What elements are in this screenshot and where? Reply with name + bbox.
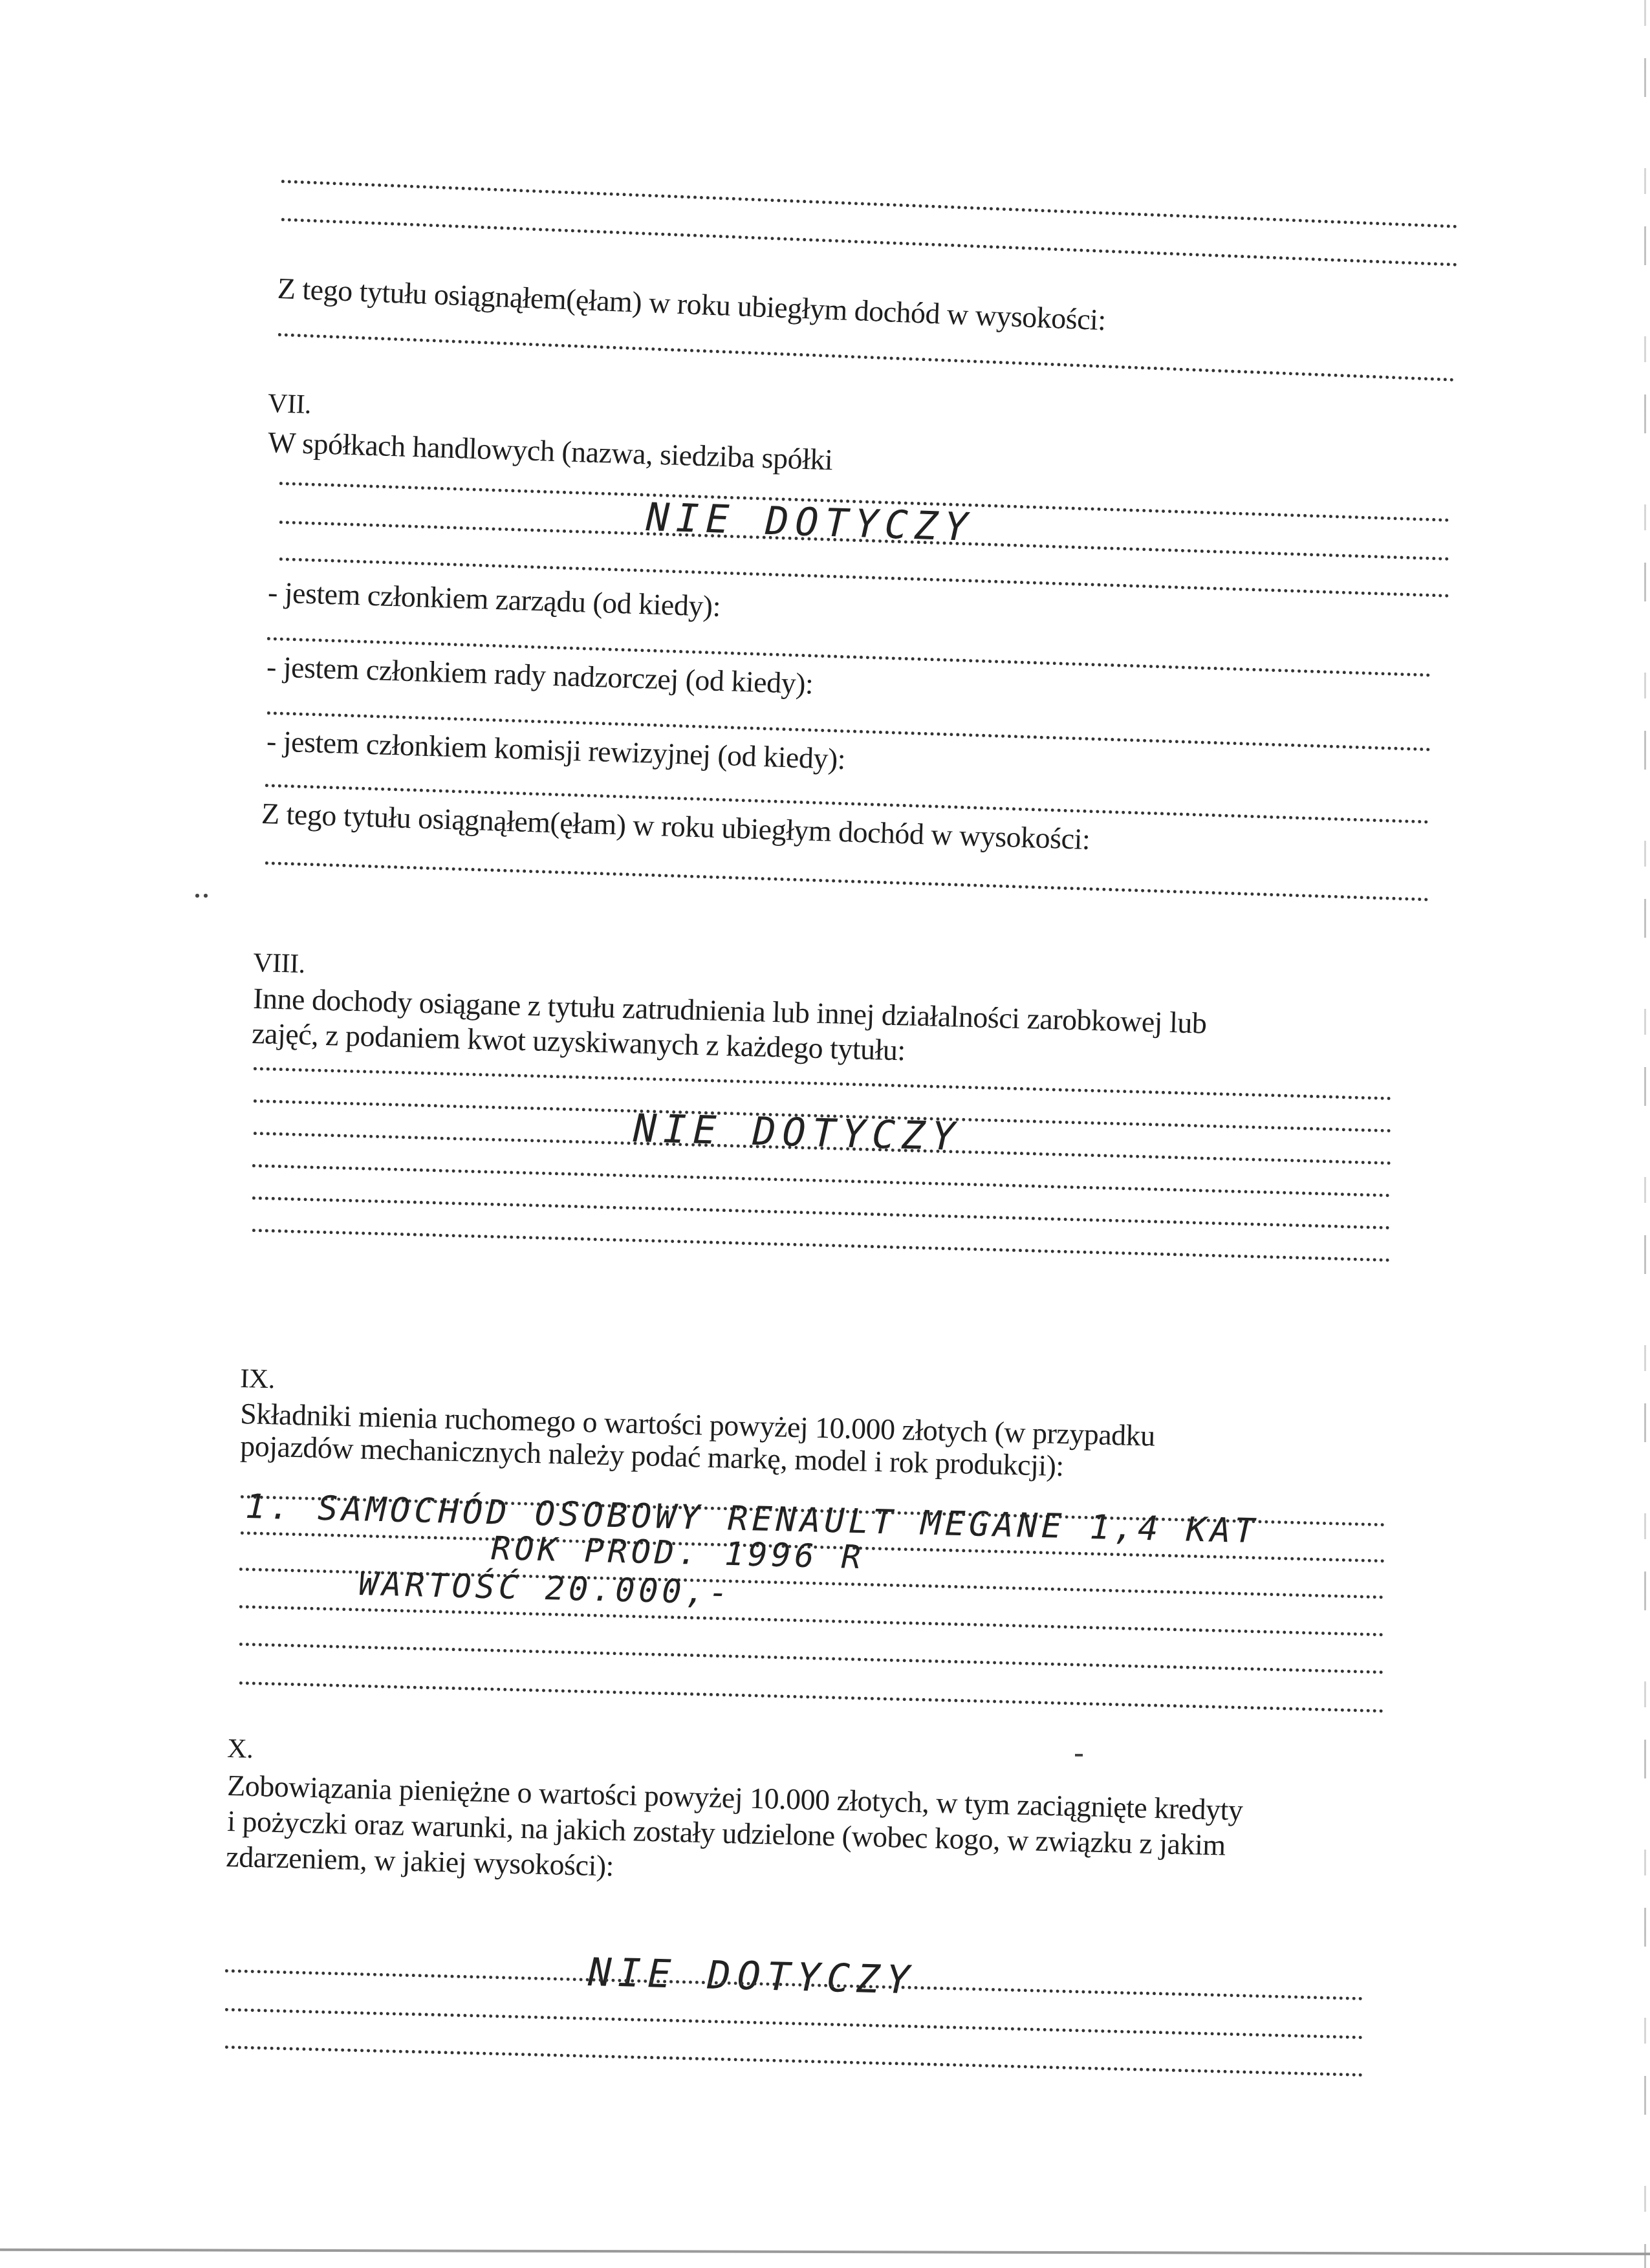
- section-vi-income-statement: Z tego tytułu osiągnąłem(ęłam) w roku ub…: [277, 272, 1107, 338]
- supervisory-board-label: - jestem członkiem rady nadzorczej (od k…: [266, 650, 814, 701]
- fill-line: [225, 2046, 1363, 2077]
- section-vii-number: VII.: [267, 388, 311, 420]
- scanned-declaration-page: Z tego tytułu osiągnąłem(ęłam) w roku ub…: [0, 0, 1650, 2268]
- fill-line: [254, 1067, 1392, 1100]
- fill-line: [239, 1605, 1384, 1636]
- section-viii-number: VIII.: [253, 947, 306, 980]
- scan-bottom-edge: [0, 2249, 1650, 2256]
- fill-line: [265, 861, 1429, 902]
- management-board-label: - jestem członkiem zarządu (od kiedy):: [267, 576, 721, 624]
- section-ix-number: IX.: [240, 1363, 275, 1396]
- section-vii-heading: W spółkach handlowych (nazwa, siedziba s…: [267, 426, 833, 477]
- handwritten-answer-vii: NIE DOTYCZY: [646, 495, 975, 550]
- fill-line: [225, 2008, 1363, 2039]
- fill-line: [252, 1229, 1391, 1262]
- fill-line: [281, 218, 1458, 266]
- fill-line: [252, 1164, 1391, 1197]
- fill-line: [252, 1196, 1391, 1229]
- fill-line: [239, 1681, 1384, 1712]
- scan-speck: [204, 894, 208, 898]
- handwritten-asset-line-3: WARTOŚĆ 20.000,-: [358, 1565, 733, 1612]
- audit-committee-label: - jestem członkiem komisji rewizyjnej (o…: [266, 724, 845, 777]
- section-x-number: X.: [227, 1733, 254, 1765]
- scan-speck: [1075, 1754, 1083, 1756]
- handwritten-answer-viii: NIE DOTYCZY: [633, 1106, 962, 1160]
- scan-speck: [195, 894, 199, 898]
- fill-line: [239, 1643, 1384, 1674]
- fill-line: [281, 180, 1458, 228]
- fill-line: [278, 333, 1455, 382]
- scan-edge-artifact: [1644, 0, 1646, 2268]
- handwritten-answer-x: NIE DOTYCZY: [587, 1950, 917, 2003]
